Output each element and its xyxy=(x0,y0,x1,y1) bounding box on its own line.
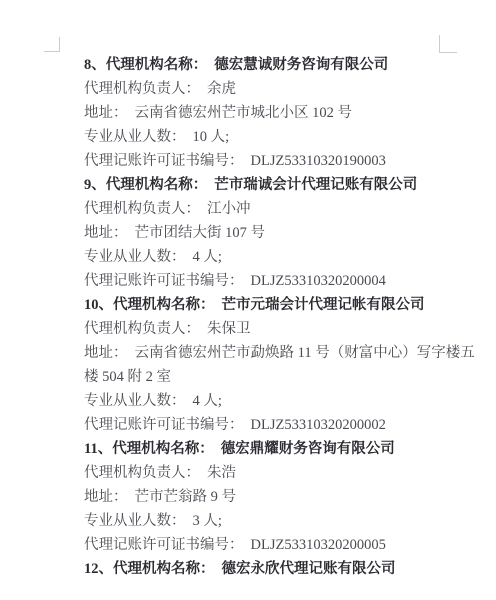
address-value: 云南省德宏州芒市勐焕路 11 号（财富中心）写字楼五楼 504 附 2 室 xyxy=(84,345,475,385)
agency-entry: 10、代理机构名称：芒市元瑞会计代理记帐有限公司 代理机构负责人：朱保卫 地址：… xyxy=(84,293,480,437)
license-value: DLJZ53310320190003 xyxy=(244,153,386,169)
agency-title: 8、代理机构名称：德宏慧诚财务咨询有限公司 xyxy=(84,53,480,77)
license-value: DLJZ53310320200002 xyxy=(244,417,386,433)
person-value: 余虎 xyxy=(200,81,236,97)
license-value: DLJZ53310320200005 xyxy=(244,537,386,553)
agency-name: 芒市瑞诚会计代理记账有限公司 xyxy=(207,177,417,193)
agency-staff-line: 专业从业人数：10 人; xyxy=(84,125,480,149)
address-value: 芒市芒翁路 9 号 xyxy=(128,489,237,505)
person-label: 代理机构负责人： xyxy=(84,465,200,481)
document-body: 8、代理机构名称：德宏慧诚财务咨询有限公司 代理机构负责人：余虎 地址：云南省德… xyxy=(84,53,480,581)
license-label: 代理记账许可证书编号： xyxy=(84,273,244,289)
agency-address-line: 地址：云南省德宏州芒市勐焕路 11 号（财富中心）写字楼五楼 504 附 2 室 xyxy=(84,341,480,389)
enum-mark: 、 xyxy=(99,561,114,577)
address-value: 云南省德宏州芒市城北小区 102 号 xyxy=(128,105,353,121)
address-label: 地址： xyxy=(84,345,128,361)
person-label: 代理机构负责人： xyxy=(84,321,200,337)
address-label: 地址： xyxy=(84,105,128,121)
enum-mark: 、 xyxy=(91,57,106,73)
agency-staff-line: 专业从业人数：4 人; xyxy=(84,245,480,269)
org-name-label: 代理机构名称： xyxy=(113,297,215,313)
enum-mark: 、 xyxy=(91,177,106,193)
agency-name: 德宏慧诚财务咨询有限公司 xyxy=(207,57,388,73)
agency-staff-line: 专业从业人数：4 人; xyxy=(84,389,480,413)
agency-person-line: 代理机构负责人：朱保卫 xyxy=(84,317,480,341)
enum-mark: 、 xyxy=(99,297,114,313)
agency-entry: 8、代理机构名称：德宏慧诚财务咨询有限公司 代理机构负责人：余虎 地址：云南省德… xyxy=(84,53,480,173)
agency-number: 12 xyxy=(84,561,99,577)
agency-person-line: 代理机构负责人：朱浩 xyxy=(84,461,480,485)
staff-label: 专业从业人数： xyxy=(84,249,186,265)
agency-license-line: 代理记账许可证书编号：DLJZ53310320200005 xyxy=(84,533,480,557)
license-label: 代理记账许可证书编号： xyxy=(84,153,244,169)
agency-person-line: 代理机构负责人：江小冲 xyxy=(84,197,480,221)
agency-address-line: 地址：芒市团结大街 107 号 xyxy=(84,221,480,245)
agency-name: 德宏鼎耀财务咨询有限公司 xyxy=(214,441,395,457)
org-name-label: 代理机构名称： xyxy=(113,561,215,577)
staff-label: 专业从业人数： xyxy=(84,393,186,409)
document-page: 8、代理机构名称：德宏慧诚财务咨询有限公司 代理机构负责人：余虎 地址：云南省德… xyxy=(0,0,496,600)
org-name-label: 代理机构名称： xyxy=(106,57,208,73)
person-value: 朱浩 xyxy=(200,465,236,481)
agency-license-line: 代理记账许可证书编号：DLJZ53310320200004 xyxy=(84,269,480,293)
enum-mark: 、 xyxy=(98,441,113,457)
agency-license-line: 代理记账许可证书编号：DLJZ53310320200002 xyxy=(84,413,480,437)
agency-title: 12、代理机构名称：德宏永欣代理记账有限公司 xyxy=(84,557,480,581)
license-label: 代理记账许可证书编号： xyxy=(84,537,244,553)
agency-entry: 12、代理机构名称：德宏永欣代理记账有限公司 xyxy=(84,557,480,581)
staff-value: 3 人; xyxy=(186,513,222,529)
agency-number: 11 xyxy=(84,441,98,457)
text-boundary-corner-mark-top-right xyxy=(439,35,457,53)
org-name-label: 代理机构名称： xyxy=(112,441,214,457)
staff-value: 4 人; xyxy=(186,393,222,409)
license-label: 代理记账许可证书编号： xyxy=(84,417,244,433)
staff-label: 专业从业人数： xyxy=(84,129,186,145)
staff-value: 4 人; xyxy=(186,249,222,265)
address-value: 芒市团结大街 107 号 xyxy=(128,225,266,241)
agency-title: 11、代理机构名称：德宏鼎耀财务咨询有限公司 xyxy=(84,437,480,461)
org-name-label: 代理机构名称： xyxy=(106,177,208,193)
agency-title: 10、代理机构名称：芒市元瑞会计代理记帐有限公司 xyxy=(84,293,480,317)
address-label: 地址： xyxy=(84,225,128,241)
agency-name: 德宏永欣代理记账有限公司 xyxy=(215,561,396,577)
agency-title: 9、代理机构名称：芒市瑞诚会计代理记账有限公司 xyxy=(84,173,480,197)
staff-value: 10 人; xyxy=(186,129,230,145)
agency-entry: 9、代理机构名称：芒市瑞诚会计代理记账有限公司 代理机构负责人：江小冲 地址：芒… xyxy=(84,173,480,293)
agency-staff-line: 专业从业人数：3 人; xyxy=(84,509,480,533)
person-label: 代理机构负责人： xyxy=(84,81,200,97)
agency-entry: 11、代理机构名称：德宏鼎耀财务咨询有限公司 代理机构负责人：朱浩 地址：芒市芒… xyxy=(84,437,480,557)
person-value: 江小冲 xyxy=(200,201,251,217)
agency-person-line: 代理机构负责人：余虎 xyxy=(84,77,480,101)
agency-address-line: 地址：云南省德宏州芒市城北小区 102 号 xyxy=(84,101,480,125)
address-label: 地址： xyxy=(84,489,128,505)
agency-address-line: 地址：芒市芒翁路 9 号 xyxy=(84,485,480,509)
agency-number: 10 xyxy=(84,297,99,313)
text-boundary-corner-mark-top-left xyxy=(44,37,60,52)
agency-name: 芒市元瑞会计代理记帐有限公司 xyxy=(215,297,425,313)
person-value: 朱保卫 xyxy=(200,321,251,337)
person-label: 代理机构负责人： xyxy=(84,201,200,217)
staff-label: 专业从业人数： xyxy=(84,513,186,529)
license-value: DLJZ53310320200004 xyxy=(244,273,386,289)
agency-license-line: 代理记账许可证书编号：DLJZ53310320190003 xyxy=(84,149,480,173)
